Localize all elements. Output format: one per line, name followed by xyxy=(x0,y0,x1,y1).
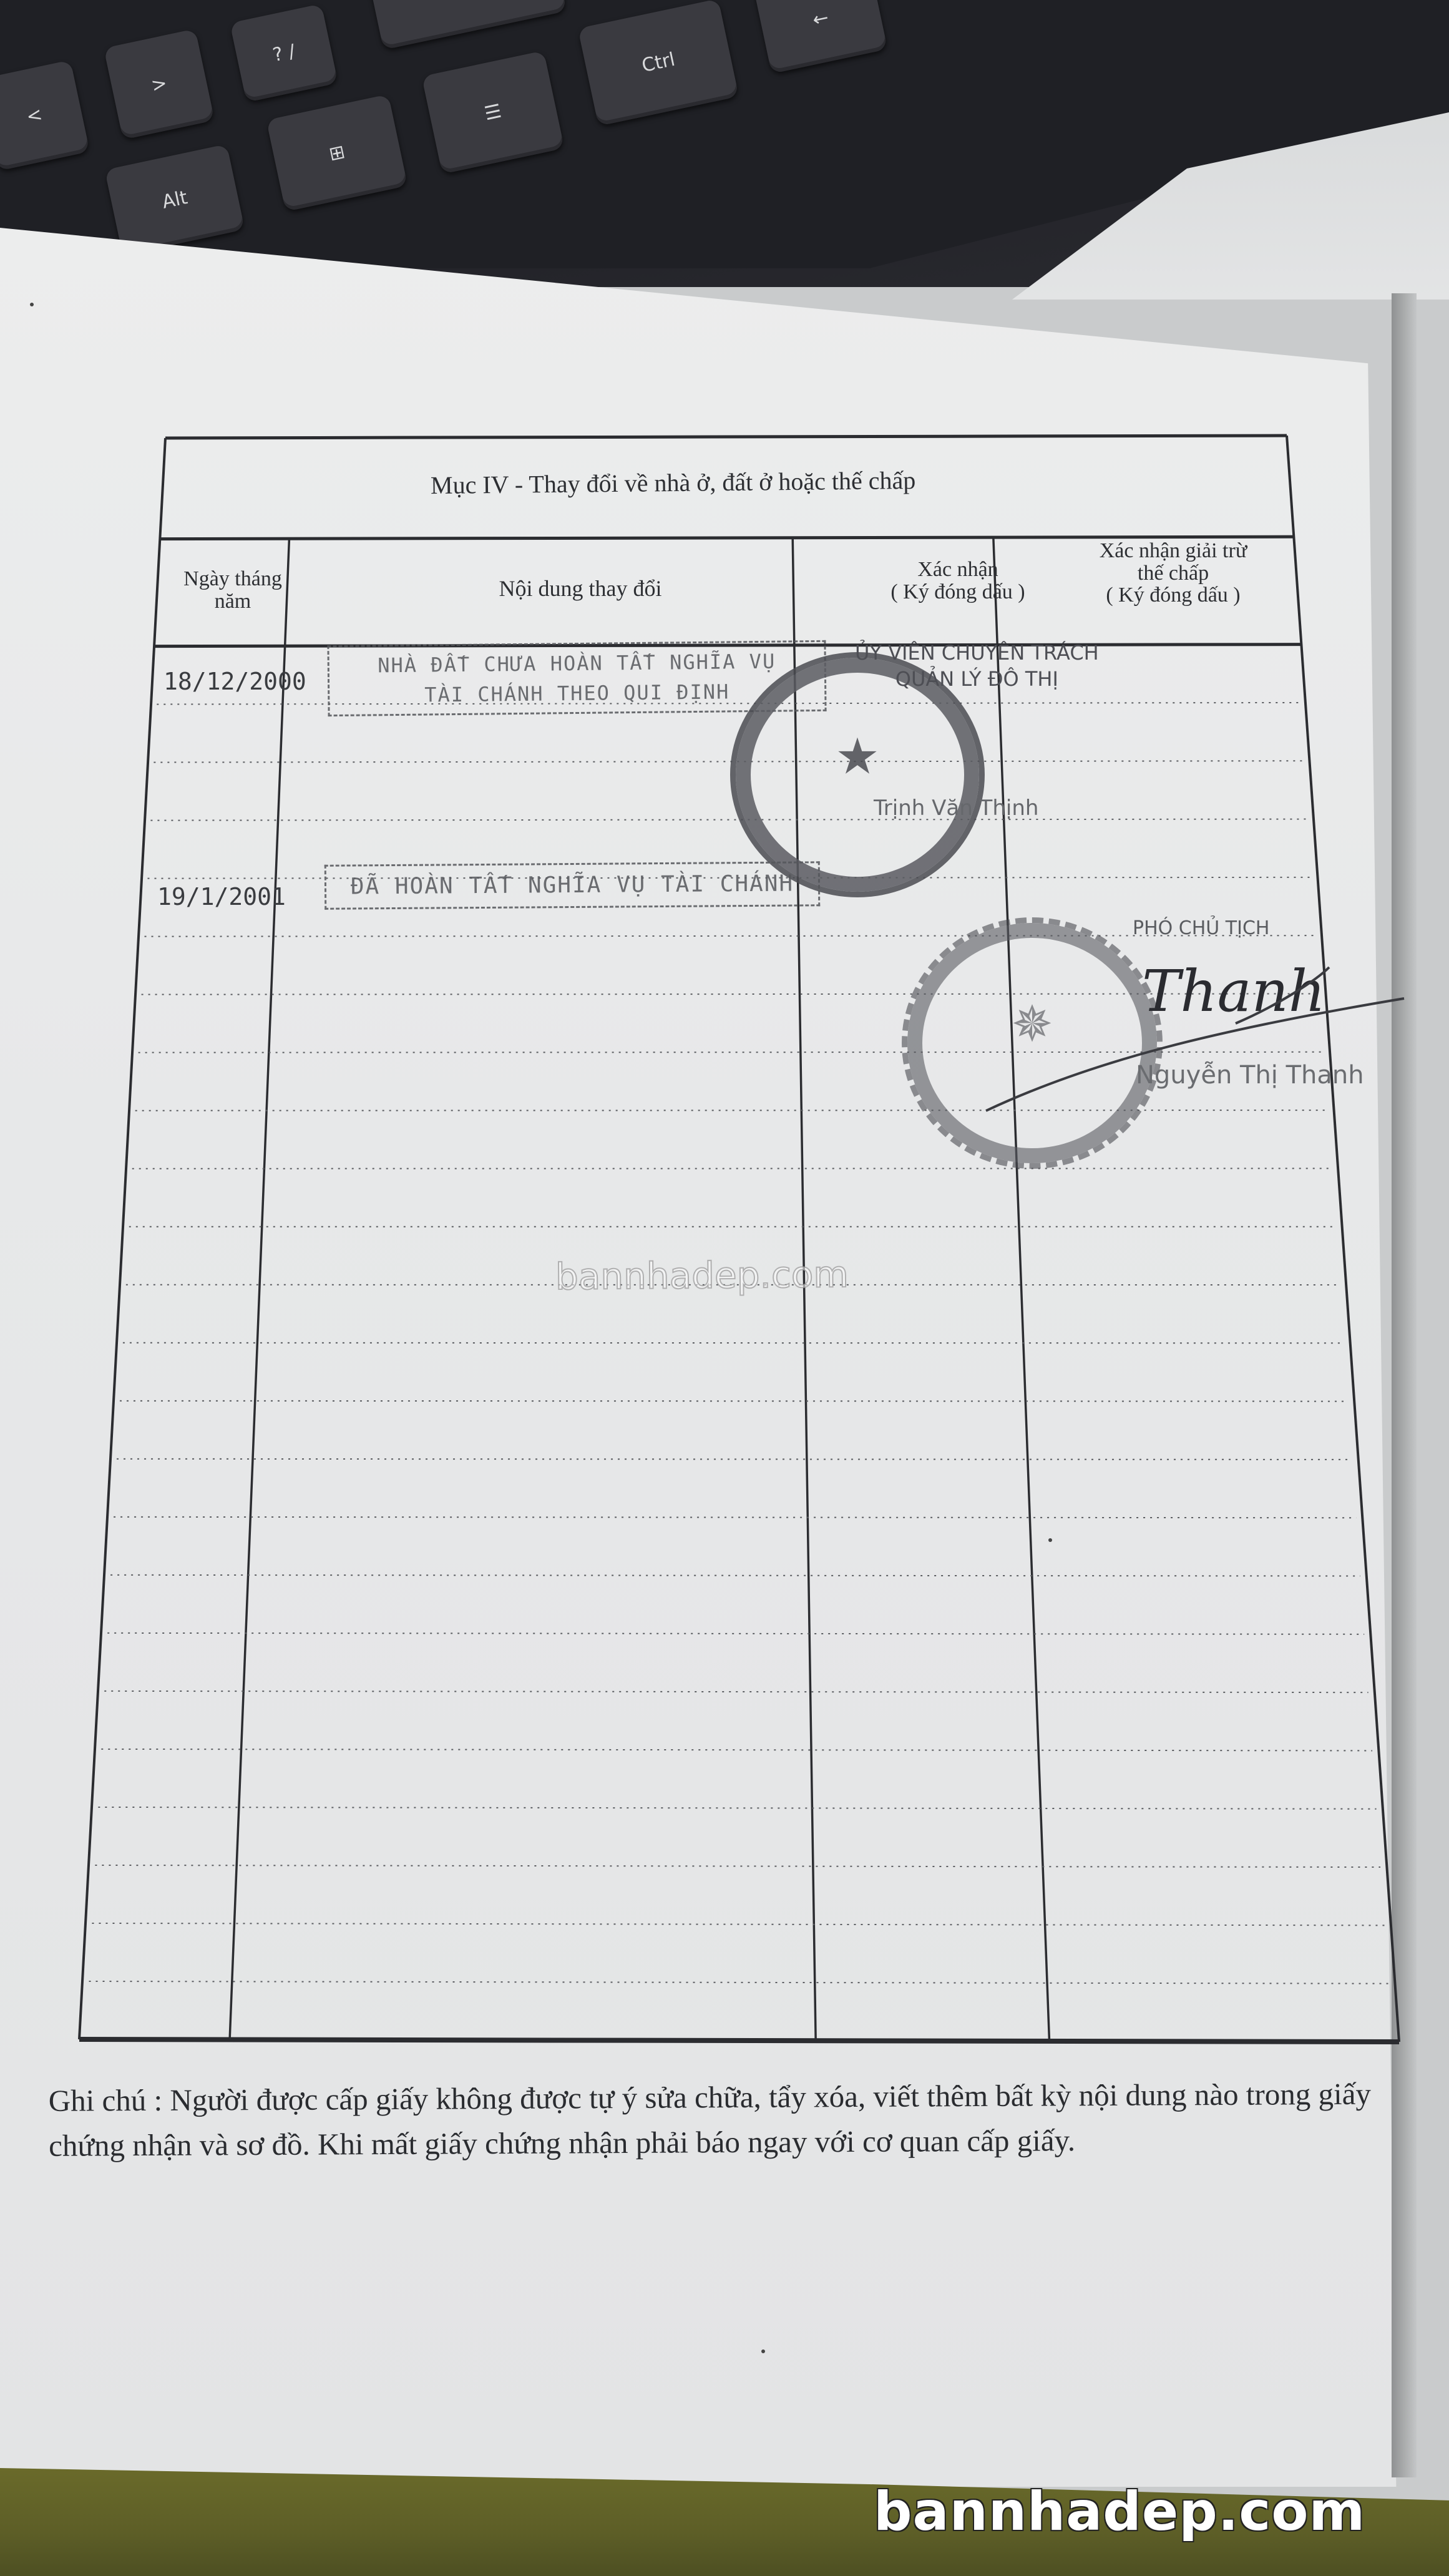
watermark-bottom: bannhadep.com xyxy=(874,2481,1365,2543)
ink-speck xyxy=(30,303,34,306)
ink-speck xyxy=(761,2349,765,2353)
ink-speck xyxy=(1048,1538,1052,1542)
release-signer: Nguyễn Thị Thanh xyxy=(1136,1061,1364,1090)
footnote: Ghi chú : Người được cấp giấy không được… xyxy=(49,2071,1441,2169)
watermark-center: bannhadep.com xyxy=(555,1253,849,1298)
